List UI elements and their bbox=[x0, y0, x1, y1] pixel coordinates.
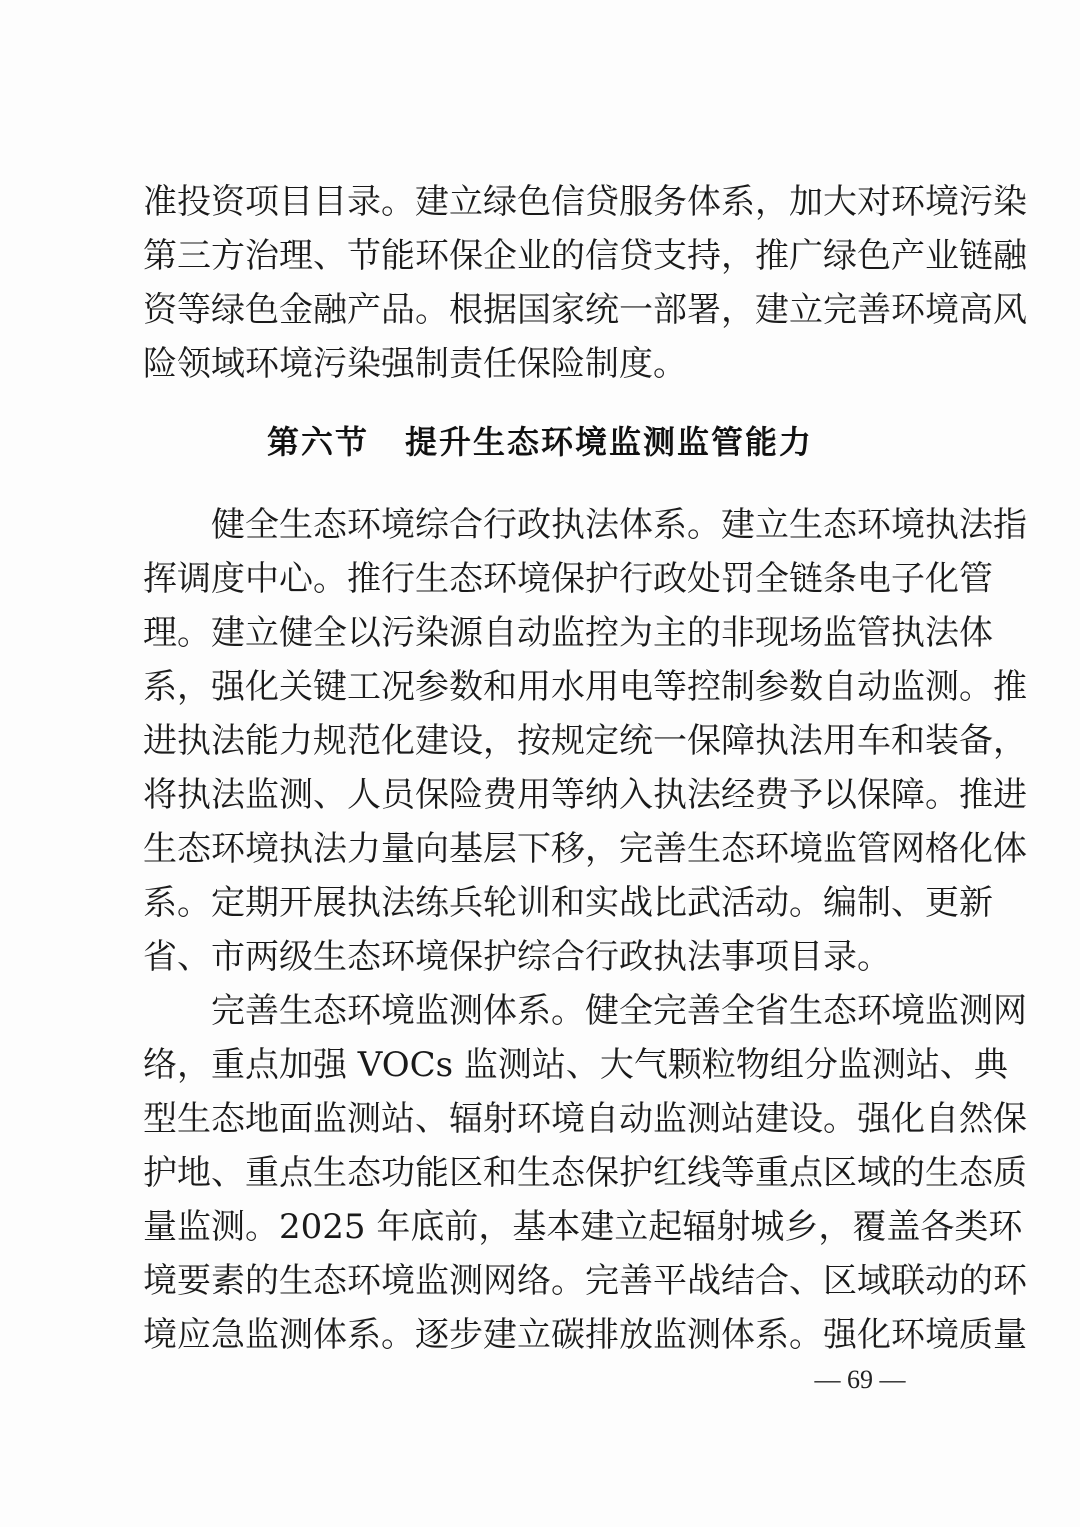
text-line: 健全生态环境综合行政执法体系。建立生态环境执法指 bbox=[143, 498, 939, 552]
text-line: 境要素的生态环境监测网络。完善平战结合、区域联动的环 bbox=[143, 1254, 939, 1308]
text-line: 省、市两级生态环境保护综合行政执法事项目录。 bbox=[143, 930, 939, 984]
section-heading: 第六节提升生态环境监测监管能力 bbox=[0, 414, 1080, 470]
text-line: 准投资项目目录。建立绿色信贷服务体系，加大对环境污染 bbox=[143, 175, 939, 229]
text-line: 系。定期开展执法练兵轮训和实战比武活动。编制、更新 bbox=[143, 876, 939, 930]
text-line: 理。建立健全以污染源自动监控为主的非现场监管执法体 bbox=[143, 606, 939, 660]
text-line: 资等绿色金融产品。根据国家统一部署，建立完善环境高风 bbox=[143, 283, 939, 337]
text-line: 型生态地面监测站、辐射环境自动监测站建设。强化自然保 bbox=[143, 1092, 939, 1146]
text-line: 境应急监测体系。逐步建立碳排放监测体系。强化环境质量 bbox=[143, 1308, 939, 1362]
text-line: 生态环境执法力量向基层下移，完善生态环境监管网格化体 bbox=[143, 822, 939, 876]
text-line: 护地、重点生态功能区和生态保护红线等重点区域的生态质 bbox=[143, 1146, 939, 1200]
section-title: 提升生态环境监测监管能力 bbox=[405, 423, 813, 461]
text-line: 络，重点加强 VOCs 监测站、大气颗粒物组分监测站、典 bbox=[143, 1038, 939, 1092]
text-line: 险领域环境污染强制责任保险制度。 bbox=[143, 337, 939, 391]
document-page: 准投资项目目录。建立绿色信贷服务体系，加大对环境污染 第三方治理、节能环保企业的… bbox=[0, 0, 1080, 1527]
section-number: 第六节 bbox=[267, 423, 369, 461]
text-line: 量监测。2025 年底前，基本建立起辐射城乡，覆盖各类环 bbox=[143, 1200, 939, 1254]
text-line: 将执法监测、人员保险费用等纳入执法经费予以保障。推进 bbox=[143, 768, 939, 822]
text-line: 挥调度中心。推行生态环境保护行政处罚全链条电子化管 bbox=[143, 552, 939, 606]
text-line: 系，强化关键工况参数和用水用电等控制参数自动监测。推 bbox=[143, 660, 939, 714]
text-line: 进执法能力规范化建设，按规定统一保障执法用车和装备， bbox=[143, 714, 939, 768]
page-number: — 69 — bbox=[800, 1360, 920, 1400]
text-line: 第三方治理、节能环保企业的信贷支持，推广绿色产业链融 bbox=[143, 229, 939, 283]
text-line: 完善生态环境监测体系。健全完善全省生态环境监测网 bbox=[143, 984, 939, 1038]
